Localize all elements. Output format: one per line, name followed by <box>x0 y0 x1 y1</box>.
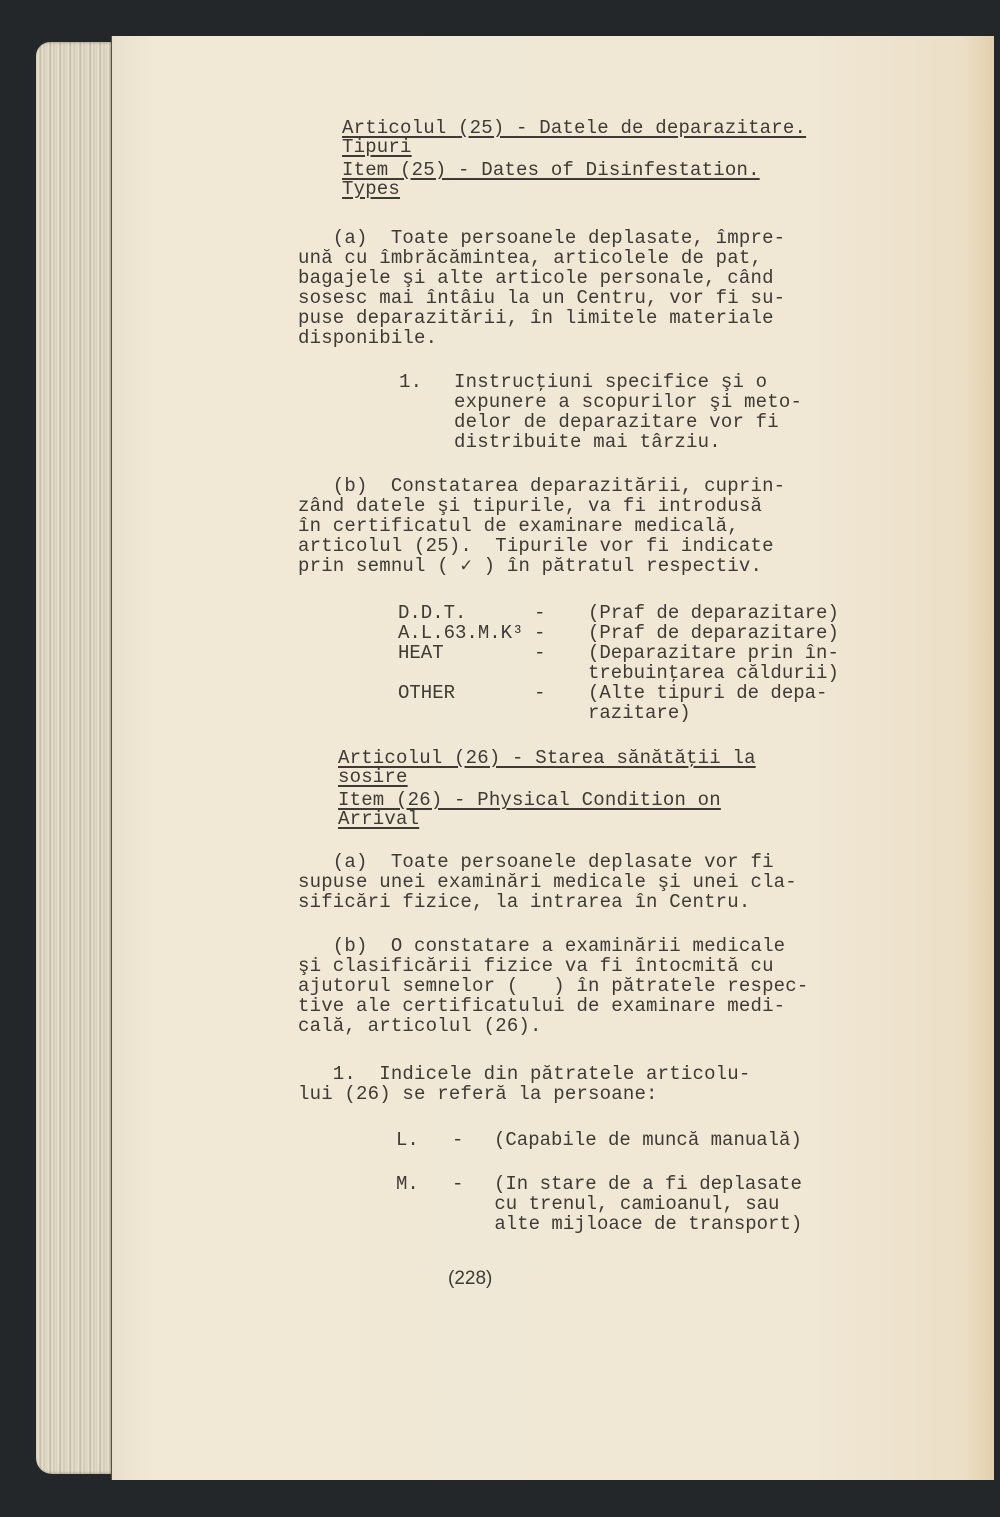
condition-description: cu trenul, camioanul, sau <box>483 1194 779 1215</box>
text-line: în certificatul de examinare medicală, <box>298 516 739 537</box>
text-line: puse deparazitării, în limitele material… <box>298 308 774 329</box>
section-25-heading-en-cont: Types <box>342 179 400 200</box>
type-description: razitare) <box>588 703 691 724</box>
section-26-heading-ro-cont: sosire <box>338 767 408 788</box>
dash: - <box>534 643 545 664</box>
dash: - <box>452 1174 463 1195</box>
section-25-heading-ro-cont: Tipuri <box>342 137 412 158</box>
text-line: lui (26) se referă la persoane: <box>298 1084 658 1105</box>
text-line: Instrucţiuni specifice şi o <box>454 372 767 393</box>
text-line: ajutorul semnelor ( ) în pătratele respe… <box>298 976 808 997</box>
text-line: sificări fizice, la intrarea în Centru. <box>298 892 750 913</box>
dash: - <box>534 623 545 644</box>
text-line: şi clasificării fizice va fi întocmită c… <box>298 956 774 977</box>
text-line: delor de deparazitare vor fi <box>454 412 779 433</box>
type-description: (Alte tipuri de depa- <box>588 683 827 704</box>
type-code: A.L.63.M.K³ <box>398 623 523 644</box>
text-line: articolul (25). Tipurile vor fi indicate <box>298 536 774 557</box>
type-description: (Praf de deparazitare) <box>588 623 839 644</box>
page-number: (228) <box>448 1268 492 1290</box>
text-line: (a) Toate persoanele deplasate, împre- <box>298 228 785 249</box>
type-description: (Praf de deparazitare) <box>588 603 839 624</box>
condition-description: (In stare de a fi deplasate <box>494 1174 802 1195</box>
condition-description: (Capabile de muncă manuală) <box>494 1130 802 1151</box>
type-code: D.D.T. <box>398 603 466 624</box>
text-line: ună cu îmbrăcămintea, articolele de pat, <box>298 248 762 269</box>
text-line: (b) O constatare a examinării medicale <box>298 936 785 957</box>
text-line: sosesc mai întâiu la un Centru, vor fi s… <box>298 288 785 309</box>
text-line: distribuite mai târziu. <box>454 432 721 453</box>
type-code: OTHER <box>398 683 455 704</box>
condition-description: alte mijloace de transport) <box>483 1214 802 1235</box>
dash: - <box>452 1130 463 1151</box>
text-line: cală, articolul (26). <box>298 1016 542 1037</box>
text-line: prin semnul ( ✓ ) în pătratul respectiv. <box>298 556 762 577</box>
type-description: (Deparazitare prin în- <box>588 643 839 664</box>
text-line: zând datele şi tipurile, va fi introdusă <box>298 496 762 517</box>
text-line: supuse unei examinări medicale şi unei c… <box>298 872 797 893</box>
section-25-heading-en: Item (25) - Dates of Disinfestation. <box>342 160 760 181</box>
text-line: disponibile. <box>298 328 437 349</box>
text-line: (b) Constatarea deparazitării, cuprin- <box>298 476 785 497</box>
type-description: trebuinţarea căldurii) <box>588 663 839 684</box>
text-line: (a) Toate persoanele deplasate vor fi <box>298 852 774 873</box>
condition-code: L. <box>396 1130 419 1151</box>
dash: - <box>534 683 545 704</box>
text-line: bagajele şi alte articole personale, cân… <box>298 268 774 289</box>
text-line: 1. Indicele din pătratele articolu- <box>298 1064 750 1085</box>
list-number: 1. <box>399 372 422 393</box>
type-code: HEAT <box>398 643 444 664</box>
book-page: Articolul (25) - Datele de deparazitare.… <box>112 36 994 1480</box>
text-line: tive ale certificatului de examinare med… <box>298 996 785 1017</box>
text-line: expunere a scopurilor şi meto- <box>454 392 802 413</box>
condition-code: M. <box>396 1174 419 1195</box>
section-26-heading-en-cont: Arrival <box>338 809 419 830</box>
book-page-edges <box>36 42 114 1474</box>
dash: - <box>534 603 545 624</box>
